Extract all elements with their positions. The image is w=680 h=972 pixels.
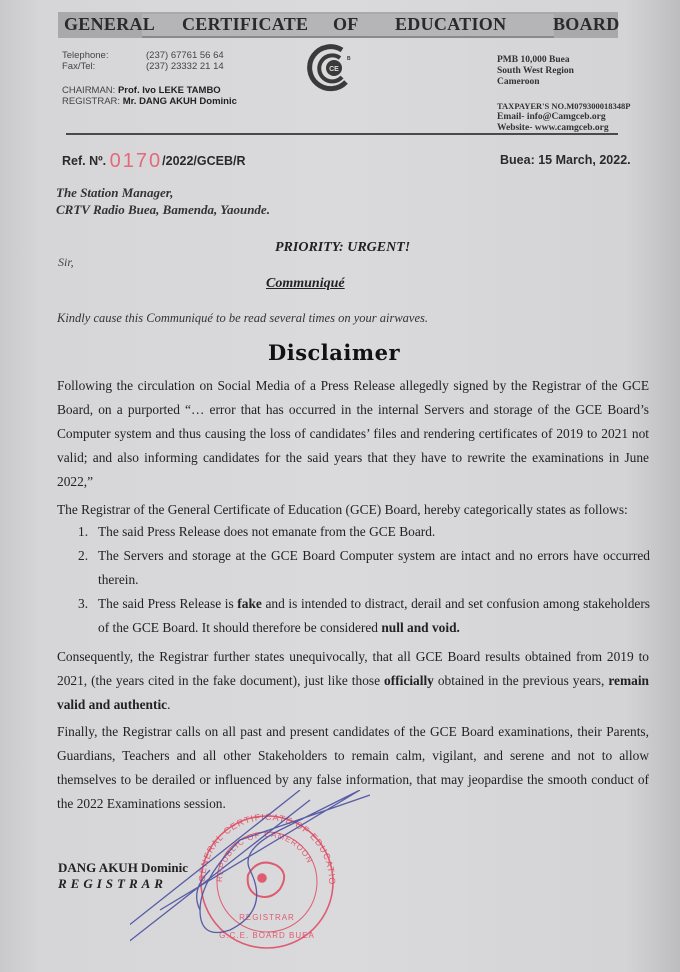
list-number: 3. [78,592,88,616]
communique-title: Communiqué [266,276,345,292]
address-line: PMB 10,000 Buea [497,55,574,66]
registrar-label: REGISTRAR: [62,96,120,107]
telephone-value: (237) 67761 56 64 [146,50,224,61]
reference-number: Ref. Nº. 0170/2022/GCEB/R [62,150,246,173]
emphasis-fake: fake [237,596,262,611]
paragraph-finally: Finally, the Registrar calls on all past… [57,720,649,816]
list-text: The Servers and storage at the GCE Board… [98,548,650,587]
paragraph-text: . [167,697,170,712]
stamp-icon [201,816,333,948]
svg-text:CE: CE [329,66,339,73]
emphasis-officially: officially [384,673,434,688]
list-text: The said Press Release does not emanate … [98,524,435,539]
salutation: Sir, [58,255,74,270]
chairman-line: CHAIRMAN: Prof. Ivo LEKE TAMBO [62,85,237,96]
handwritten-reference: 0170 [110,150,163,172]
list-item: 2. The Servers and storage at the GCE Bo… [78,544,650,592]
list-text: The said Press Release is [98,596,237,611]
fax-label: Fax/Tel: [62,61,108,72]
paragraph-circulation: Following the circulation on Social Medi… [57,374,649,494]
paragraph-text: obtained in the previous years, [434,673,608,688]
band-word-certificate: CERTIFICATE [182,14,308,35]
list-item: 1. The said Press Release does not emana… [78,520,650,544]
taxpayer-number: TAXPAYER'S NO.M079300018348P [497,101,631,112]
list-item: 3. The said Press Release is fake and is… [78,592,650,640]
fax-value: (237) 23332 21 14 [146,61,224,72]
band-word-education: EDUCATION [395,14,506,35]
chairman-label: CHAIRMAN: [62,85,115,96]
instruction-text: Kindly cause this Communiqué to be read … [57,311,428,326]
svg-text:REGISTRAR: REGISTRAR [239,913,295,922]
recipient-line: CRTV Radio Buea, Bamenda, Yaounde. [56,201,270,218]
band-word-general: GENERAL [64,14,155,35]
letter-date: Buea: 15 March, 2022. [500,153,631,167]
reference-suffix: /2022/GCEB/R [162,154,245,168]
contact-labels: Telephone: Fax/Tel: [62,50,108,72]
recipient-address: The Station Manager, CRTV Radio Buea, Ba… [56,184,270,218]
reference-prefix: Ref. Nº. [62,154,106,168]
svg-text:B: B [347,56,351,62]
postal-address: PMB 10,000 Buea South West Region Camero… [497,55,574,88]
address-line: South West Region [497,66,574,77]
officials: CHAIRMAN: Prof. Ivo LEKE TAMBO REGISTRAR… [62,85,237,107]
contact-values: (237) 67761 56 64 (237) 23332 21 14 [146,50,224,72]
list-number: 2. [78,544,88,568]
list-number: 1. [78,520,88,544]
band-word-board: BOARD [553,14,620,35]
paragraph-statement: The Registrar of the General Certificate… [57,498,649,522]
header-divider [66,133,618,135]
registrar-line: REGISTRAR: Mr. DANG AKUH Dominic [62,96,237,107]
svg-text:REPUBLIC OF CAMEROON: REPUBLIC OF CAMEROON [215,830,315,882]
gce-board-logo-icon: CE B [302,44,360,92]
document-page: GENERAL CERTIFICATE OF EDUCATION BOARD T… [0,0,680,972]
email-link[interactable]: Email- info@Camgceb.org [497,112,631,123]
address-line: Cameroon [497,77,574,88]
statement-list: 1. The said Press Release does not emana… [78,520,650,640]
signatory-name: DANG AKUH Dominic [58,860,188,876]
paragraph-consequently: Consequently, the Registrar further stat… [57,645,649,717]
disclaimer-heading: Disclaimer [268,340,400,365]
recipient-line: The Station Manager, [56,184,270,201]
signatory-title: REGISTRAR [58,876,167,892]
registrar-name: Mr. DANG AKUH Dominic [123,96,237,107]
telephone-label: Telephone: [62,50,108,61]
svg-text:G.C.E. BOARD BUEA: G.C.E. BOARD BUEA [219,931,315,940]
contact-info-right: TAXPAYER'S NO.M079300018348P Email- info… [497,101,631,134]
band-word-of: OF [333,14,359,35]
emphasis-null-void: null and void. [381,620,460,635]
chairman-name: Prof. Ivo LEKE TAMBO [118,85,221,96]
priority-label: PRIORITY: URGENT! [275,240,410,256]
